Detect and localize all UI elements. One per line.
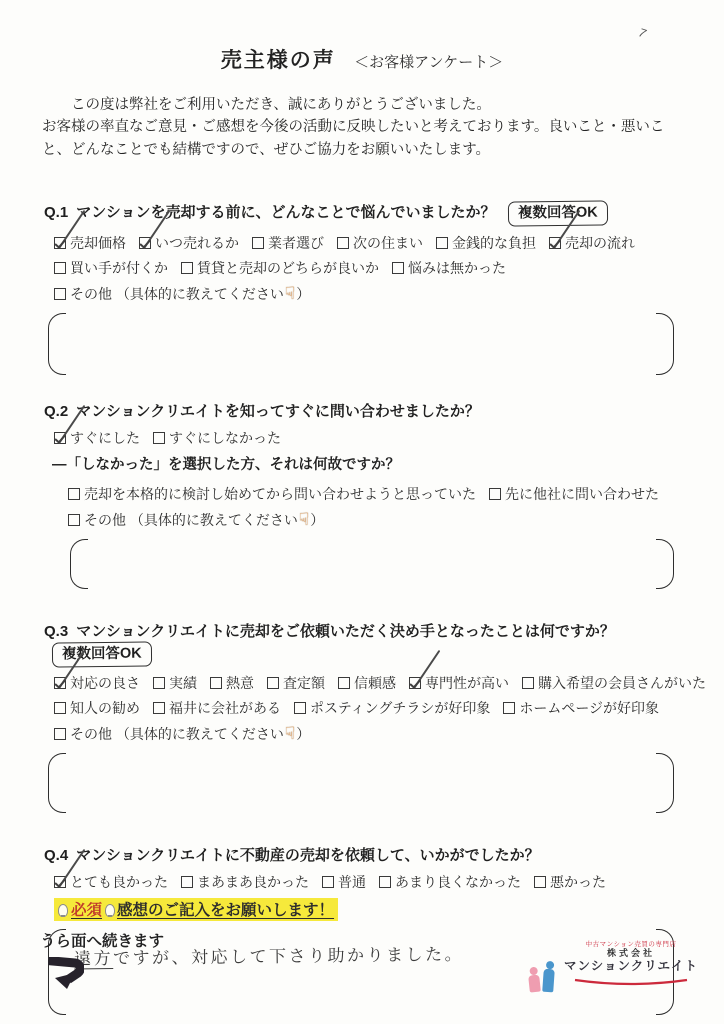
- checkbox[interactable]: [210, 677, 222, 689]
- checkbox[interactable]: [181, 876, 193, 888]
- checkbox-checked[interactable]: [54, 432, 66, 444]
- option-label: その他: [84, 512, 126, 528]
- logo-blue-figure: [542, 968, 555, 992]
- continue-on-back-text: うら面へ続きます: [40, 929, 164, 951]
- question-text: マンションを売却する前に、どんなことで悩んでいましたか？: [76, 204, 495, 221]
- question-text: マンションクリエイトに不動産の売却を依頼して、いかがでしたか？: [76, 847, 539, 864]
- option-suffix-close: ）: [296, 286, 310, 302]
- option: 金銭的な負担: [436, 235, 536, 251]
- option: 実績: [153, 675, 197, 691]
- option: 悩みは無かった: [392, 260, 506, 276]
- option: 売却を本格的に検討し始めてから問い合わせようと思っていた: [68, 486, 476, 502]
- option: とても良かった: [54, 874, 168, 890]
- checkbox[interactable]: [489, 488, 501, 500]
- checkbox[interactable]: [54, 262, 66, 274]
- option: すぐにしなかった: [153, 430, 281, 446]
- option: 業者選び: [252, 235, 324, 251]
- scanned-survey-page: 7 売主様の声 ＜お客様アンケート＞ この度は弊社をご利用いただき、誠にありがと…: [0, 0, 724, 1024]
- option: 専門性が高い: [409, 675, 509, 691]
- option-row: 売却を本格的に検討し始めてから問い合わせようと思っていた先に他社に問い合わせた: [68, 482, 690, 507]
- option: すぐにした: [54, 430, 140, 446]
- option-label: 対応の良さ: [70, 675, 140, 691]
- option-label: 買い手が付くか: [70, 260, 168, 276]
- logo-text: 中古マンション売買の専門店 株式会社 マンションクリエイト: [564, 941, 698, 992]
- option-label: その他: [70, 726, 112, 742]
- option-suffix: （具体的に教えてください: [126, 512, 298, 528]
- option-label: 悩みは無かった: [408, 260, 506, 276]
- option: 熱意: [210, 675, 254, 691]
- question-4-options: とても良かったまあまあ良かった普通あまり良くなかった悪かった: [44, 870, 690, 895]
- option-label: まあまあ良かった: [197, 874, 309, 890]
- option: 信頼感: [338, 675, 396, 691]
- option: 普通: [322, 874, 366, 890]
- logo-pink-figure: [528, 974, 541, 992]
- question-1: Q.1マンションを売却する前に、どんなことで悩んでいましたか？ 複数回答OK 売…: [44, 201, 690, 374]
- logo-people-icon: [528, 958, 558, 992]
- option-label: すぐにした: [70, 430, 140, 446]
- option-label: 賃貸と売却のどちらが良いか: [197, 260, 379, 276]
- option: 対応の良さ: [54, 675, 140, 691]
- checkbox[interactable]: [153, 702, 165, 714]
- checkbox[interactable]: [54, 702, 66, 714]
- checkbox-checked[interactable]: [54, 876, 66, 888]
- question-text: マンションクリエイトに売却をご依頼いただく決め手となったことは何ですか？: [76, 623, 615, 640]
- option: いつ売れるか: [139, 235, 239, 251]
- logo-swoosh: [571, 978, 691, 986]
- option: 購入希望の会員さんがいた: [522, 675, 706, 691]
- checkbox[interactable]: [68, 514, 80, 526]
- page-title: 売主様の声: [221, 49, 336, 72]
- option-label: ホームページが好印象: [519, 700, 659, 716]
- option: 売却価格: [54, 235, 126, 251]
- option-label: 売却を本格的に検討し始めてから問い合わせようと思っていた: [84, 486, 476, 502]
- option-label: すぐにしなかった: [169, 430, 281, 446]
- option: あまり良くなかった: [379, 874, 521, 890]
- option: まあまあ良かった: [181, 874, 309, 890]
- option-row: とても良かったまあまあ良かった普通あまり良くなかった悪かった: [54, 870, 690, 895]
- checkbox-checked[interactable]: [409, 677, 421, 689]
- option: 次の住まい: [337, 235, 423, 251]
- option-label: いつ売れるか: [155, 235, 239, 251]
- option-label: 売却の流れ: [565, 235, 635, 251]
- checkbox[interactable]: [267, 677, 279, 689]
- question-3-options: 対応の良さ実績熱意査定額信頼感専門性が高い購入希望の会員さんがいた知人の勧め福井…: [44, 671, 690, 747]
- option-suffix: （具体的に教えてください: [112, 726, 284, 742]
- option-label: その他: [70, 286, 112, 302]
- option-label: 次の住まい: [353, 235, 423, 251]
- document-header: 売主様の声 ＜お客様アンケート＞: [0, 0, 724, 74]
- checkbox[interactable]: [436, 237, 448, 249]
- option: 悪かった: [534, 874, 606, 890]
- question-3-header: Q.3マンションクリエイトに売却をご依頼いただく決め手となったことは何ですか？ …: [44, 621, 690, 667]
- option-row: 売却価格いつ売れるか業者選び次の住まい金銭的な負担売却の流れ: [54, 231, 690, 256]
- question-3: Q.3マンションクリエイトに売却をご依頼いただく決め手となったことは何ですか？ …: [44, 621, 690, 813]
- option: 売却の流れ: [549, 235, 635, 251]
- option-row: その他 （具体的に教えてください☟）: [54, 281, 690, 307]
- option-label: 普通: [338, 874, 366, 890]
- question-2: Q.2マンションクリエイトを知ってすぐに問い合わせましたか？ すぐにしたすぐにし…: [44, 401, 690, 589]
- question-3-answer-box[interactable]: [48, 753, 674, 813]
- option-row: 対応の良さ実績熱意査定額信頼感専門性が高い購入希望の会員さんがいた: [54, 671, 690, 696]
- question-2-header: Q.2マンションクリエイトを知ってすぐに問い合わせましたか？: [44, 401, 690, 422]
- question-text: マンションクリエイトを知ってすぐに問い合わせましたか？: [76, 403, 480, 420]
- intro-paragraph: この度は弊社をご利用いただき、誠にありがとうございました。 お客様の率直なご意見…: [42, 94, 682, 161]
- lightbulb-icon: [105, 904, 115, 917]
- option-label: 悪かった: [550, 874, 606, 890]
- option-label: 熱意: [226, 675, 254, 691]
- option: 福井に会社がある: [153, 700, 281, 716]
- option: 賃貸と売却のどちらが良いか: [181, 260, 379, 276]
- company-logo: 中古マンション売買の専門店 株式会社 マンションクリエイト: [528, 941, 698, 992]
- option-label: 査定額: [283, 675, 325, 691]
- page-footer: うら面へ続きます 中古マンション売買の専門店 株式会社 マンションクリエイト: [40, 929, 698, 998]
- pointing-hand-icon: ☟: [285, 724, 295, 743]
- option: 知人の勧め: [54, 700, 140, 716]
- checkbox[interactable]: [392, 262, 404, 274]
- option-label: 実績: [169, 675, 197, 691]
- checkbox[interactable]: [294, 702, 306, 714]
- required-note: 必須感想のご記入をお願いします！: [54, 898, 338, 921]
- logo-company-name: マンションクリエイト: [564, 959, 698, 973]
- checkbox[interactable]: [337, 237, 349, 249]
- question-number: Q.4: [44, 847, 68, 864]
- checkbox-checked[interactable]: [54, 677, 66, 689]
- checkbox-checked[interactable]: [54, 237, 66, 249]
- option-row: 買い手が付くか賃貸と売却のどちらが良いか悩みは無かった: [54, 256, 690, 281]
- option-label: 売却価格: [70, 235, 126, 251]
- question-2-sub-options: 売却を本格的に検討し始めてから問い合わせようと思っていた先に他社に問い合わせたそ…: [44, 482, 690, 533]
- required-text: 感想のご記入をお願いします！: [117, 902, 334, 919]
- question-1-answer-box[interactable]: [48, 313, 674, 375]
- option-suffix: （具体的に教えてください: [112, 286, 284, 302]
- option-suffix-close: ）: [296, 726, 310, 742]
- checkbox[interactable]: [153, 677, 165, 689]
- option-label: 信頼感: [354, 675, 396, 691]
- intro-line-2: お客様の率直なご意見・ご感想を今後の活動に反映したいと考えております。良いこと・…: [42, 116, 682, 161]
- question-number: Q.2: [44, 403, 68, 420]
- question-1-header: Q.1マンションを売却する前に、どんなことで悩んでいましたか？ 複数回答OK: [44, 201, 690, 226]
- option-row: すぐにしたすぐにしなかった: [54, 426, 690, 451]
- checkbox[interactable]: [153, 432, 165, 444]
- option-label: あまり良くなかった: [395, 874, 521, 890]
- option: その他 （具体的に教えてください☟）: [68, 512, 324, 528]
- checkbox[interactable]: [522, 677, 534, 689]
- multiple-answer-badge: 複数回答OK: [52, 641, 152, 667]
- checkbox[interactable]: [338, 677, 350, 689]
- question-number: Q.3: [44, 623, 68, 640]
- page-flip-arrow-icon: [48, 957, 164, 998]
- question-2-options: すぐにしたすぐにしなかった: [44, 426, 690, 451]
- question-2-answer-box[interactable]: [70, 539, 674, 589]
- checkbox[interactable]: [181, 262, 193, 274]
- checkbox[interactable]: [322, 876, 334, 888]
- checkbox-checked[interactable]: [549, 237, 561, 249]
- option-label: 福井に会社がある: [169, 700, 281, 716]
- option-row: その他 （具体的に教えてください☟）: [68, 507, 690, 533]
- lightbulb-icon: [58, 904, 68, 917]
- option-row: その他 （具体的に教えてください☟）: [54, 721, 690, 747]
- pointing-hand-icon: ☟: [299, 510, 309, 529]
- footer-left: うら面へ続きます: [40, 929, 164, 998]
- option-label: 先に他社に問い合わせた: [505, 486, 659, 502]
- checkbox-checked[interactable]: [139, 237, 151, 249]
- question-4-header: Q.4マンションクリエイトに不動産の売却を依頼して、いかがでしたか？: [44, 845, 690, 866]
- option: ポスティングチラシが好印象: [294, 700, 490, 716]
- multiple-answer-badge: 複数回答OK: [508, 201, 608, 227]
- option: 先に他社に問い合わせた: [489, 486, 659, 502]
- option: その他 （具体的に教えてください☟）: [54, 286, 310, 302]
- checkbox[interactable]: [54, 288, 66, 300]
- option-label: 専門性が高い: [425, 675, 509, 691]
- option-label: 業者選び: [268, 235, 324, 251]
- question-number: Q.1: [44, 204, 68, 221]
- question-1-options: 売却価格いつ売れるか業者選び次の住まい金銭的な負担売却の流れ買い手が付くか賃貸と…: [44, 231, 690, 307]
- checkbox[interactable]: [54, 728, 66, 740]
- checkbox[interactable]: [534, 876, 546, 888]
- required-word: 必須: [71, 902, 102, 919]
- checkbox[interactable]: [379, 876, 391, 888]
- checkbox[interactable]: [503, 702, 515, 714]
- checkbox[interactable]: [68, 488, 80, 500]
- option-label: 知人の勧め: [70, 700, 140, 716]
- page-subtitle: ＜お客様アンケート＞: [354, 54, 503, 71]
- pointing-hand-icon: ☟: [285, 284, 295, 303]
- option-label: 金銭的な負担: [452, 235, 536, 251]
- option: 査定額: [267, 675, 325, 691]
- intro-line-1: この度は弊社をご利用いただき、誠にありがとうございました。: [42, 94, 682, 116]
- option-suffix-close: ）: [310, 512, 324, 528]
- option-row: 知人の勧め福井に会社があるポスティングチラシが好印象ホームページが好印象: [54, 696, 690, 721]
- option-label: 購入希望の会員さんがいた: [538, 675, 706, 691]
- logo-company-prefix: 株式会社: [564, 948, 698, 958]
- option-label: とても良かった: [70, 874, 168, 890]
- question-2-subquestion: ―「しなかった」を選択した方、それは何故ですか？: [44, 453, 690, 478]
- option: 買い手が付くか: [54, 260, 168, 276]
- option-label: ポスティングチラシが好印象: [310, 700, 490, 716]
- option: ホームページが好印象: [503, 700, 659, 716]
- option: その他 （具体的に教えてください☟）: [54, 726, 310, 742]
- checkbox[interactable]: [252, 237, 264, 249]
